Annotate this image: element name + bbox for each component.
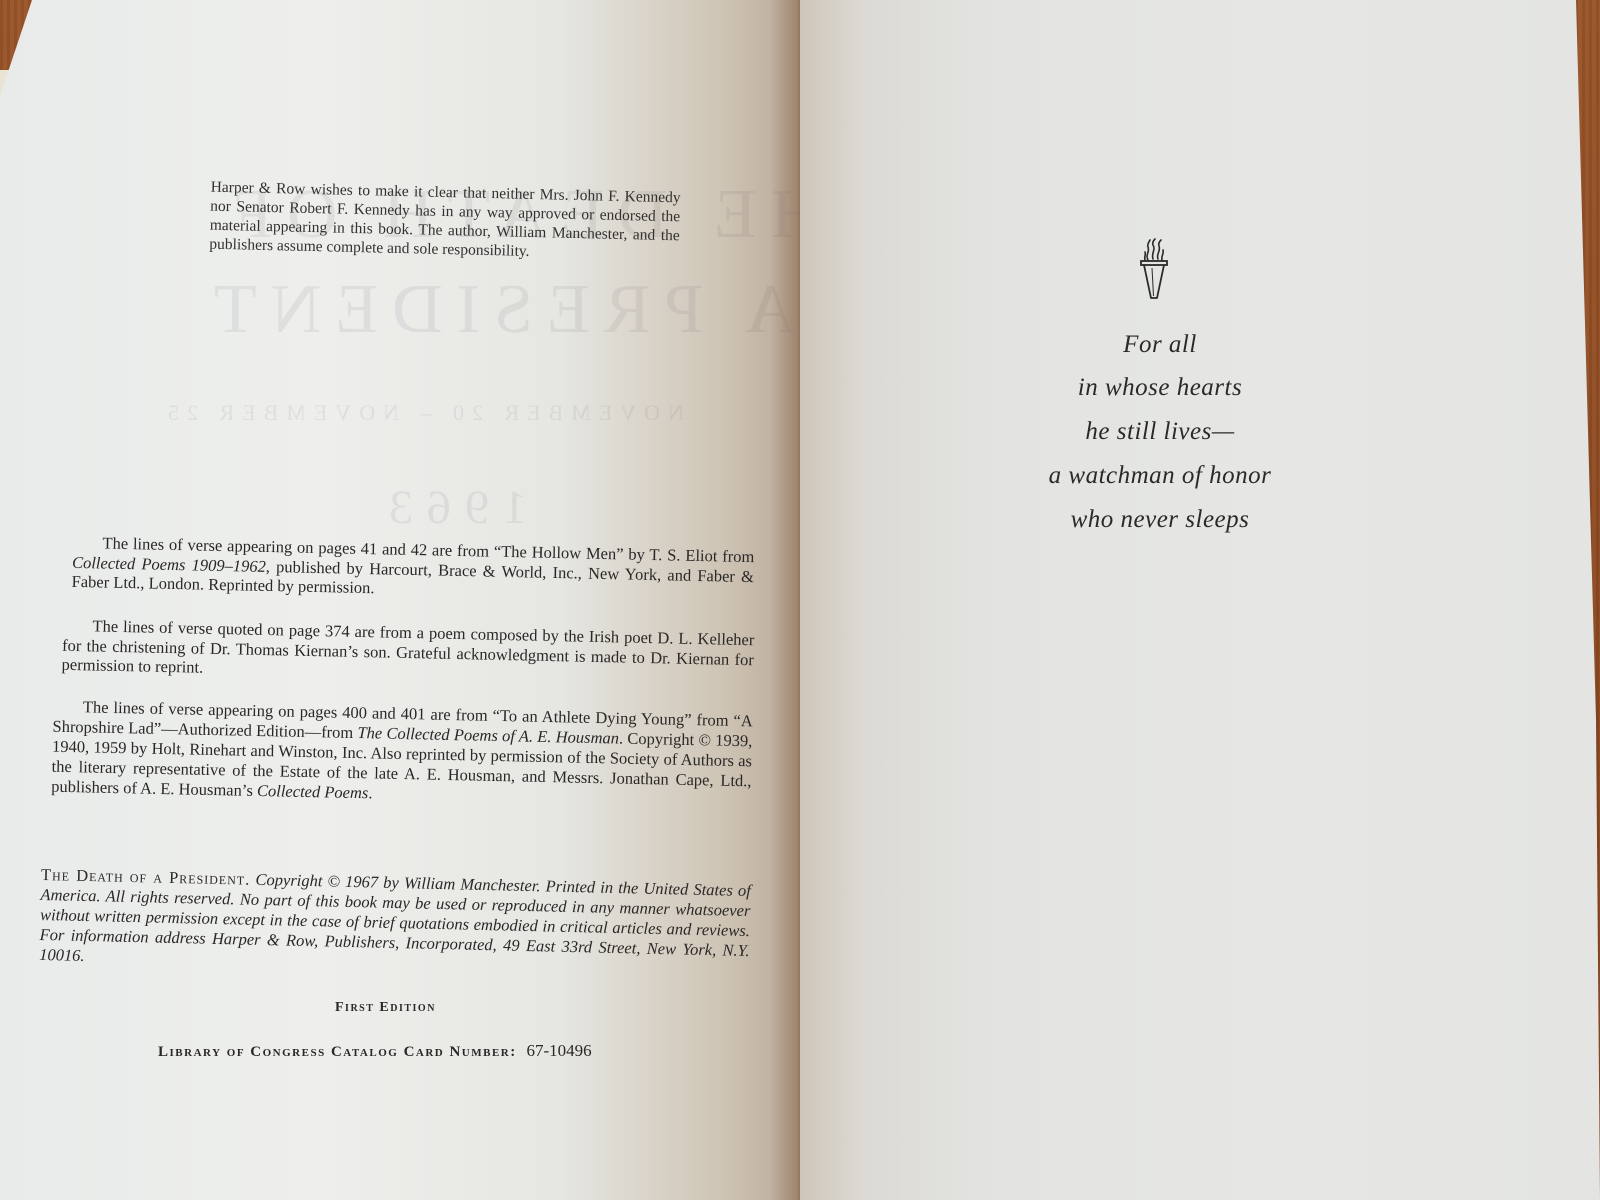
show-through-dates: NOVEMBER 20 – NOVEMBER 25 <box>160 400 684 426</box>
disclaimer-text: Harper & Row wishes to make it clear tha… <box>209 178 681 265</box>
publisher-disclaimer: Harper & Row wishes to make it clear tha… <box>209 178 681 265</box>
edition-label: First Edition <box>335 1000 436 1016</box>
permission-2-text: The lines of verse quoted on page 374 ar… <box>61 616 754 676</box>
show-through-year: 1963 <box>375 480 527 535</box>
loc-label: Library of Congress Catalog Card Number: <box>158 1044 517 1060</box>
permission-3-italic2: Collected Poems <box>257 781 369 802</box>
dedication-line-4: a watchman of honor <box>1005 462 1315 490</box>
copyright-notice: The Death of a President. Copyright © 19… <box>39 865 751 981</box>
show-through-subtitle: A PRESIDENT <box>200 270 795 350</box>
loc-number: 67-10496 <box>527 1041 592 1060</box>
right-page-dedication <box>800 0 1600 1200</box>
permissions-kelleher: The lines of verse quoted on page 374 ar… <box>61 616 754 689</box>
dedication-line-2: in whose hearts <box>1000 374 1320 402</box>
permissions-housman: The lines of verse appearing on pages 40… <box>51 697 753 812</box>
dedication-line-3: he still lives— <box>1000 418 1320 446</box>
loc-catalog-line: Library of Congress Catalog Card Number:… <box>158 1041 592 1061</box>
torch-icon <box>1138 238 1170 302</box>
left-page-copyright: THE DEATH OF A PRESIDENT NOVEMBER 20 – N… <box>0 0 800 1200</box>
dedication-line-1: For all <box>1000 331 1320 359</box>
permission-3-tail2: . <box>368 783 373 802</box>
dedication-line-5: who never sleeps <box>1000 506 1320 534</box>
permissions-eliot: The lines of verse appearing on pages 41… <box>71 533 754 606</box>
